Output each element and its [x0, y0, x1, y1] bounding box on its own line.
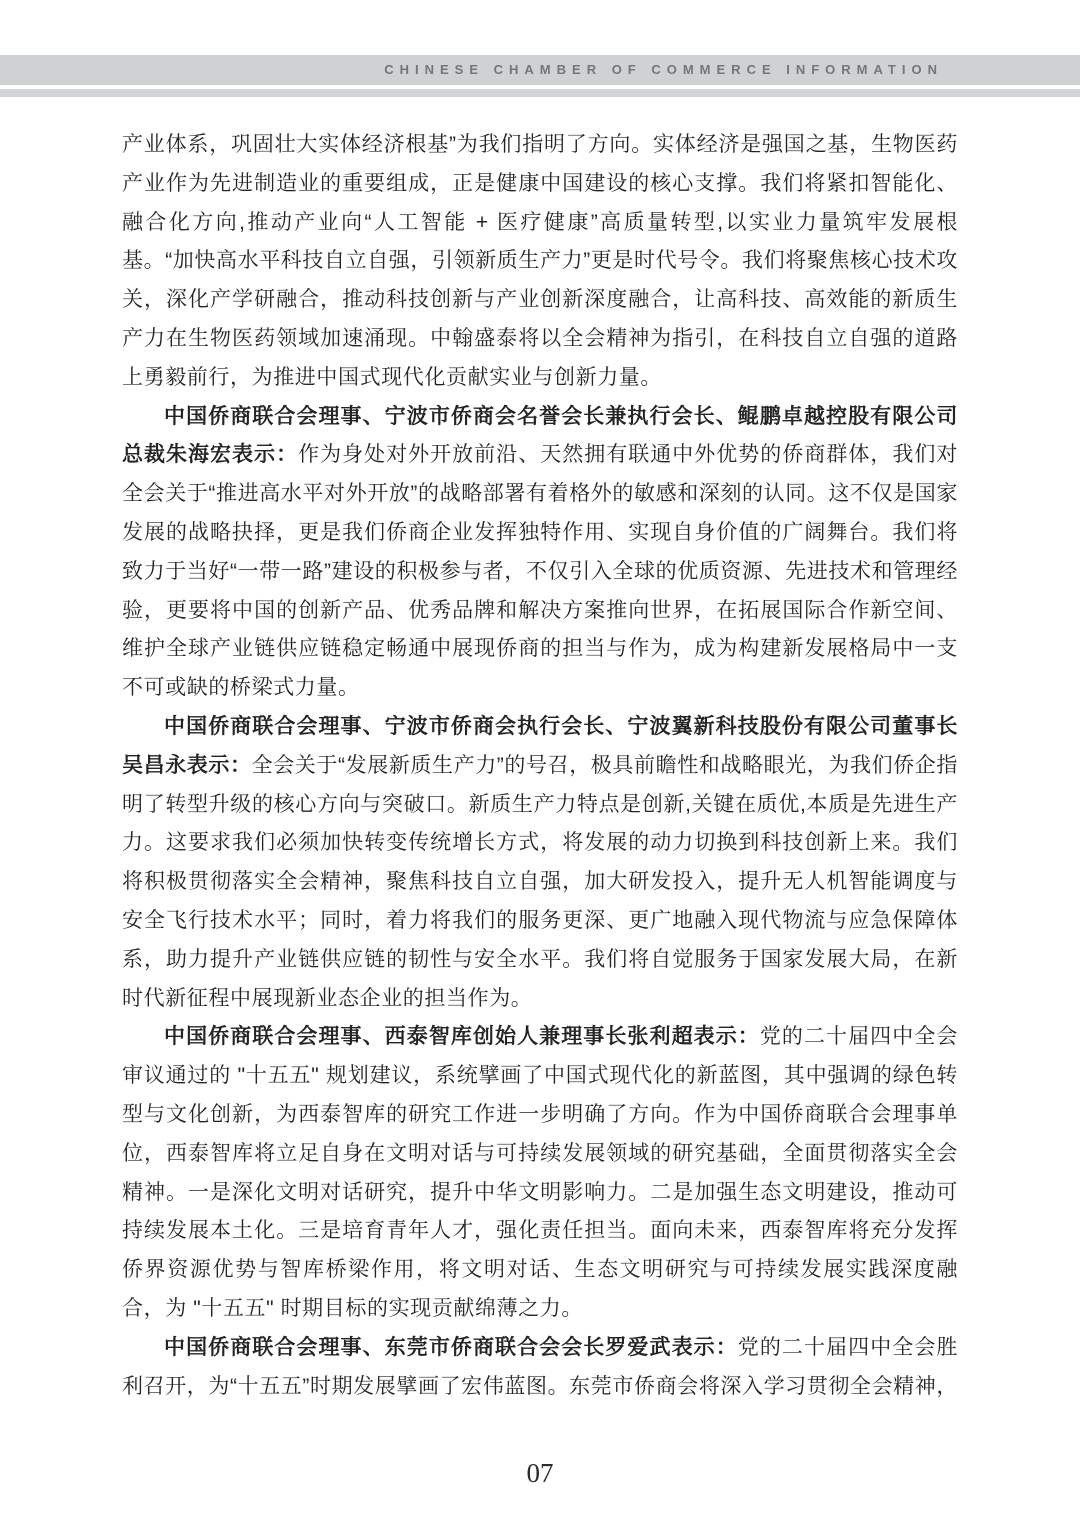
page-number: 07 — [527, 1458, 554, 1488]
speaker-name: 中国侨商联合会理事、西泰智库创始人兼理事长张利超表示： — [164, 1025, 760, 1048]
paragraph: 中国侨商联合会理事、宁波市侨商会名誉会长兼执行会长、鲲鹏卓越控股有限公司总裁朱海… — [122, 398, 958, 708]
paragraph-text: 产业体系，巩固壮大实体经济根基”为我们指明了方向。实体经济是强国之基，生物医药产… — [122, 133, 958, 389]
paragraph-text: 党的二十届四中全会审议通过的 "十五五" 规划建议，系统擘画了中国式现代化的新蓝… — [122, 1025, 958, 1320]
paragraphs: 产业体系，巩固壮大实体经济根基”为我们指明了方向。实体经济是强国之基，生物医药产… — [122, 126, 958, 1406]
speaker-name: 中国侨商联合会理事、东莞市侨商联合会会长罗爱武表示： — [164, 1336, 738, 1359]
journal-header-title: CHINESE CHAMBER OF COMMERCE INFORMATION — [384, 55, 943, 85]
paragraph: 中国侨商联合会理事、宁波市侨商会执行会长、宁波翼新科技股份有限公司董事长吴昌永表… — [122, 708, 958, 1018]
header-rule — [0, 89, 1080, 97]
footer: 07 — [0, 1458, 1080, 1489]
paragraph: 中国侨商联合会理事、西泰智库创始人兼理事长张利超表示：党的二十届四中全会审议通过… — [122, 1018, 958, 1328]
header-band: CHINESE CHAMBER OF COMMERCE INFORMATION — [0, 55, 1080, 85]
paragraph: 中国侨商联合会理事、东莞市侨商联合会会长罗爱武表示：党的二十届四中全会胜利召开，… — [122, 1329, 958, 1407]
article-body: 产业体系，巩固壮大实体经济根基”为我们指明了方向。实体经济是强国之基，生物医药产… — [122, 126, 958, 1406]
paragraph-text: 作为身处对外开放前沿、天然拥有联通中外优势的侨商群体，我们对全会关于“推进高水平… — [122, 443, 958, 699]
paragraph: 产业体系，巩固壮大实体经济根基”为我们指明了方向。实体经济是强国之基，生物医药产… — [122, 126, 958, 398]
paragraph-text: 全会关于“发展新质生产力”的号召，极具前瞻性和战略眼光，为我们侨企指明了转型升级… — [122, 754, 958, 1010]
